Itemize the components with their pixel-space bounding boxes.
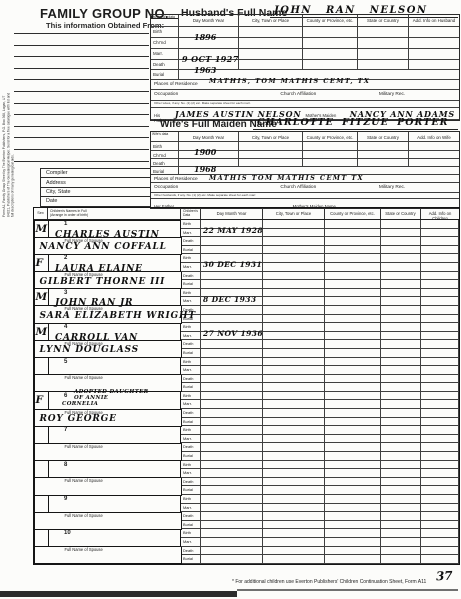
empty-cell <box>381 358 421 367</box>
husband-death-date-cell: 1963 <box>179 60 239 70</box>
address-label: Address <box>41 178 150 187</box>
source-line <box>14 149 149 150</box>
empty-cell <box>421 297 459 306</box>
empty-cell <box>421 478 459 487</box>
church-affiliation-label: Church Affiliation <box>280 185 316 190</box>
empty-cell <box>201 366 263 375</box>
empty-cell <box>421 340 459 349</box>
state-country-header: State or Country <box>358 132 409 142</box>
empty-cell <box>325 452 381 461</box>
husband-occupation-row: Occupation Church Affiliation Military R… <box>151 90 459 101</box>
death-label: Death <box>181 375 201 384</box>
empty-cell <box>421 495 459 504</box>
empty-cell <box>325 435 381 444</box>
empty-cell <box>421 512 459 521</box>
source-line <box>14 56 149 57</box>
child-spouse-cell: Full Name of Spouse LYNN DOUGLASS <box>34 340 182 358</box>
husband-data-col-header: Husband's data <box>151 15 179 27</box>
empty-cell <box>358 38 409 49</box>
empty-cell <box>381 220 421 229</box>
empty-cell <box>381 521 421 530</box>
children-data-col-header: Children's Data <box>181 208 201 219</box>
empty-cell <box>381 478 421 487</box>
birth-label: Birth <box>181 529 201 538</box>
wife-occupation-row: Occupation Church Affiliation Military R… <box>151 183 459 193</box>
child-row: F 6 ADOPTED DAUGHTER OF ANNIE CORNELIA F… <box>34 392 459 426</box>
empty-cell <box>303 60 358 70</box>
empty-cell <box>179 38 239 49</box>
death-label: Death <box>181 478 201 487</box>
empty-cell <box>263 349 325 358</box>
marr-label: Marr. <box>181 469 201 478</box>
source-line <box>14 68 149 69</box>
empty-cell <box>201 521 263 530</box>
empty-cell <box>263 418 325 427</box>
marr-label: Marr. <box>181 504 201 513</box>
child-row: 10 Full Name of Spouse Birth Marr. Death… <box>34 529 459 563</box>
empty-cell <box>421 280 459 289</box>
city-town-header: City, Town or Place <box>263 208 325 219</box>
empty-cell <box>421 272 459 281</box>
birth-label: Birth <box>181 392 201 401</box>
child-row: F 2 LAURA ELAINE Full Name of Spouse GIL… <box>34 254 459 288</box>
burial-label: Burial <box>181 349 201 358</box>
marr-label: Marr. <box>181 538 201 547</box>
empty-cell <box>325 340 381 349</box>
empty-cell <box>381 383 421 392</box>
military-rec-label: Military Rec. <box>379 185 405 190</box>
source-line <box>14 33 149 34</box>
child-spouse-cell: Full Name of Spouse <box>34 547 182 565</box>
child-row: 7 Full Name of Spouse Birth Marr. Death … <box>34 426 459 460</box>
empty-cell <box>421 263 459 272</box>
empty-cell <box>325 323 381 332</box>
husband-marriage-date-cell: 9 OCT 1927 <box>179 49 239 60</box>
empty-cell <box>303 49 358 60</box>
empty-cell <box>325 392 381 401</box>
birth-label: Birth <box>181 495 201 504</box>
child-name-cell: 2 LAURA ELAINE <box>48 254 181 272</box>
empty-cell <box>358 49 409 60</box>
child-spouse-name: LYNN DOUGLASS <box>40 345 139 355</box>
child-name-lines: ADOPTED DAUGHTER OF ANNIE CORNELIA <box>74 390 149 408</box>
empty-cell <box>421 332 459 341</box>
empty-cell <box>421 547 459 556</box>
child-birth-date-cell <box>201 461 263 470</box>
empty-cell <box>381 349 421 358</box>
wife-name-value: CHARLOTTE FITZUE PORTER <box>257 117 448 128</box>
empty-cell <box>381 512 421 521</box>
empty-cell <box>381 229 421 238</box>
child-sex <box>34 426 49 444</box>
empty-cell <box>201 280 263 289</box>
chrnd-label: Chr'nd <box>151 151 179 159</box>
empty-cell <box>421 538 459 547</box>
empty-cell <box>421 349 459 358</box>
empty-cell <box>421 306 459 315</box>
child-birth-date-cell: 27 NOV 1936 <box>201 323 263 332</box>
occupation-label: Occupation <box>154 185 178 190</box>
source-line <box>14 91 149 92</box>
child-sex <box>34 357 49 375</box>
empty-cell <box>201 435 263 444</box>
child-row: 5 Full Name of Spouse Birth Marr. Death … <box>34 358 459 392</box>
empty-cell <box>381 443 421 452</box>
child-spouse-cell: Full Name of Spouse SARA ELIZABETH WRIGH… <box>34 306 182 324</box>
scan-edge-line <box>237 589 458 591</box>
empty-cell <box>325 315 381 324</box>
child-spouse-cell: Full Name of Spouse ROY GEORGE <box>34 409 182 427</box>
children-table-header: Sex Children's Names in Full (Arrange in… <box>34 208 459 220</box>
empty-cell <box>201 538 263 547</box>
empty-cell <box>325 461 381 470</box>
child-birth-date-cell <box>201 529 263 538</box>
child-name-cell: 7 <box>48 426 181 444</box>
empty-cell <box>325 229 381 238</box>
empty-cell <box>421 323 459 332</box>
marr-label: Marr. <box>181 435 201 444</box>
empty-cell <box>239 159 303 167</box>
empty-cell <box>421 289 459 298</box>
child-number: 7 <box>64 427 67 433</box>
other-wives-note: Other wives, if any. No. (1) (2) etc. Ma… <box>151 101 459 108</box>
child-birth-date-cell: 8 DEC 1933 <box>201 289 263 298</box>
empty-cell <box>381 306 421 315</box>
empty-cell <box>303 27 358 38</box>
county-province-header: County or Province, etc. <box>325 208 381 219</box>
spouse-label: Full Name of Spouse <box>65 478 103 483</box>
empty-cell <box>421 409 459 418</box>
birth-label: Birth <box>181 254 201 263</box>
empty-cell <box>381 323 421 332</box>
child-number: 4 <box>64 324 67 330</box>
child-name-cell: 5 <box>48 357 181 375</box>
city-state-label: City, State <box>41 188 150 197</box>
child-number: 8 <box>64 462 67 468</box>
empty-cell <box>381 246 421 255</box>
empty-cell <box>421 220 459 229</box>
add-info-wife-header: Add. Info on Wife <box>409 132 459 142</box>
empty-cell <box>421 486 459 495</box>
empty-cell <box>381 340 421 349</box>
empty-cell <box>201 555 263 564</box>
empty-cell <box>201 340 263 349</box>
child-sex: M <box>34 323 49 341</box>
empty-cell <box>303 142 358 151</box>
empty-cell <box>421 315 459 324</box>
day-month-year-header: Day Month Year <box>179 15 239 27</box>
empty-cell <box>325 332 381 341</box>
death-label: Death <box>181 409 201 418</box>
empty-cell <box>325 418 381 427</box>
child-name-cell: 9 <box>48 495 181 513</box>
children-rows: M 1 CHARLES AUSTIN Full Name of Spouse N… <box>34 220 459 564</box>
marr-label: Marr. <box>181 400 201 409</box>
empty-cell <box>263 383 325 392</box>
child-number: 3 <box>64 290 67 296</box>
empty-cell <box>421 237 459 246</box>
empty-cell <box>381 289 421 298</box>
husband-table: Husband's data Day Month Year City, Town… <box>150 14 460 121</box>
empty-cell <box>201 306 263 315</box>
empty-cell <box>263 529 325 538</box>
empty-cell <box>421 504 459 513</box>
child-birth-date-cell <box>201 495 263 504</box>
empty-cell <box>325 529 381 538</box>
empty-cell <box>201 272 263 281</box>
child-birth-date-cell: 30 DEC 1931 <box>201 254 263 263</box>
empty-cell <box>325 220 381 229</box>
birth-label: Birth <box>151 142 179 151</box>
empty-cell <box>201 409 263 418</box>
birth-label: Birth <box>181 358 201 367</box>
spouse-label: Full Name of Spouse <box>65 547 103 552</box>
empty-cell <box>381 409 421 418</box>
empty-cell <box>358 142 409 151</box>
sex-header: Sex <box>34 208 48 219</box>
empty-cell <box>381 237 421 246</box>
marr-label: Marr. <box>181 366 201 375</box>
empty-cell <box>263 323 325 332</box>
empty-cell <box>263 392 325 401</box>
empty-cell <box>325 495 381 504</box>
empty-cell <box>201 297 263 306</box>
child-spouse-name: GILBERT THORNE III <box>40 277 166 287</box>
birth-label: Birth <box>181 289 201 298</box>
add-info-children-header: Add. Info on Children <box>421 208 459 219</box>
death-label: Death <box>181 443 201 452</box>
occupation-label: Occupation <box>154 92 178 97</box>
empty-cell <box>263 332 325 341</box>
empty-cell <box>263 521 325 530</box>
empty-cell <box>263 366 325 375</box>
child-number: 9 <box>64 496 67 502</box>
empty-cell <box>409 142 459 151</box>
empty-cell <box>325 297 381 306</box>
empty-cell <box>239 49 303 60</box>
empty-cell <box>263 375 325 384</box>
birth-label: Birth <box>181 220 201 229</box>
city-town-header: City, Town or Place <box>239 15 303 27</box>
empty-cell <box>239 142 303 151</box>
empty-cell <box>381 315 421 324</box>
child-row: M 4 CARROLL VAN Full Name of Spouse LYNN… <box>34 323 459 357</box>
empty-cell <box>201 443 263 452</box>
empty-cell <box>358 159 409 167</box>
empty-cell <box>381 297 421 306</box>
birth-label: Birth <box>151 27 179 38</box>
empty-cell <box>201 246 263 255</box>
empty-cell <box>325 409 381 418</box>
child-spouse-cell: Full Name of Spouse <box>34 512 182 530</box>
empty-cell <box>263 315 325 324</box>
husband-birth-date-cell: 1896 <box>179 27 239 38</box>
empty-cell <box>421 521 459 530</box>
empty-cell <box>421 452 459 461</box>
marr-label: Marr. <box>181 263 201 272</box>
empty-cell <box>381 332 421 341</box>
source-line <box>14 79 149 80</box>
child-sex <box>34 495 49 513</box>
empty-cell <box>201 237 263 246</box>
empty-cell <box>201 478 263 487</box>
empty-cell <box>421 426 459 435</box>
empty-cell <box>325 263 381 272</box>
empty-cell <box>381 418 421 427</box>
child-name-cell: 8 <box>48 460 181 478</box>
empty-cell <box>239 38 303 49</box>
empty-cell <box>421 375 459 384</box>
child-spouse-name: NANCY ANN COFFALL <box>40 242 167 252</box>
children-names-header-line2: (Arrange in order of birth) <box>50 213 180 217</box>
empty-cell <box>263 443 325 452</box>
empty-cell <box>381 538 421 547</box>
child-number: 5 <box>64 359 67 365</box>
empty-cell <box>263 254 325 263</box>
empty-cell <box>381 469 421 478</box>
empty-cell <box>381 272 421 281</box>
child-row: M 1 CHARLES AUSTIN Full Name of Spouse N… <box>34 220 459 254</box>
empty-cell <box>381 461 421 470</box>
empty-cell <box>381 426 421 435</box>
empty-cell <box>421 246 459 255</box>
death-label: Death <box>181 547 201 556</box>
wife-places-of-residence: Places of Residence <box>151 175 459 183</box>
empty-cell <box>201 375 263 384</box>
empty-cell <box>263 547 325 556</box>
empty-cell <box>325 538 381 547</box>
child-sex: M <box>34 220 49 238</box>
marr-label: Marr. <box>181 332 201 341</box>
state-country-header: State or Country <box>381 208 421 219</box>
death-label: Death <box>181 237 201 246</box>
scan-edge-bar <box>0 591 237 597</box>
empty-cell <box>325 426 381 435</box>
family-group-sheet: FAMILY GROUP NO. This information Obtain… <box>0 0 461 599</box>
child-name-cell: 10 <box>48 529 181 547</box>
burial-label: Burial <box>181 521 201 530</box>
child-sex <box>34 460 49 478</box>
empty-cell <box>381 486 421 495</box>
publisher-side-note: Form A1, Family Group Sheet by The Evert… <box>2 92 15 217</box>
empty-cell <box>263 237 325 246</box>
burial-label: Burial <box>181 555 201 564</box>
empty-cell <box>201 469 263 478</box>
day-month-year-header: Day Month Year <box>179 132 239 142</box>
birth-label: Birth <box>181 323 201 332</box>
spouse-label: Full Name of Spouse <box>65 444 103 449</box>
empty-cell <box>421 435 459 444</box>
husband-places-of-residence: Places of Residence <box>151 80 459 90</box>
empty-cell <box>421 461 459 470</box>
child-birth-date-cell: 22 MAY 1928 <box>201 220 263 229</box>
child-name-cell: 1 CHARLES AUSTIN <box>48 220 181 238</box>
child-name-cell: 3 JOHN RAN JR <box>48 288 181 306</box>
empty-cell <box>325 512 381 521</box>
empty-cell <box>358 151 409 159</box>
child-sex: M <box>34 288 49 306</box>
empty-cell <box>263 263 325 272</box>
spouse-label: Full Name of Spouse <box>65 375 103 380</box>
empty-cell <box>325 254 381 263</box>
footer-note: * For additional children use Everton Pu… <box>232 579 426 585</box>
child-row: M 3 JOHN RAN JR Full Name of Spouse SARA… <box>34 289 459 323</box>
empty-cell <box>263 297 325 306</box>
empty-cell <box>325 383 381 392</box>
birth-label: Birth <box>181 426 201 435</box>
empty-cell <box>263 358 325 367</box>
empty-cell <box>421 392 459 401</box>
empty-cell <box>325 349 381 358</box>
child-sex: F <box>34 391 49 409</box>
empty-cell <box>263 340 325 349</box>
empty-cell <box>263 435 325 444</box>
empty-cell <box>201 332 263 341</box>
empty-cell <box>381 547 421 556</box>
empty-cell <box>325 280 381 289</box>
source-line <box>14 137 149 138</box>
empty-cell <box>381 392 421 401</box>
empty-cell <box>409 159 459 167</box>
state-country-header: State or Country <box>358 15 409 27</box>
empty-cell <box>263 486 325 495</box>
empty-cell <box>421 555 459 564</box>
military-rec-label: Military Rec. <box>379 92 405 97</box>
empty-cell <box>263 246 325 255</box>
day-month-year-header: Day Month Year <box>201 208 263 219</box>
child-spouse-cell: Full Name of Spouse GILBERT THORNE III <box>34 272 182 290</box>
child-number: 1 <box>64 221 67 227</box>
empty-cell <box>263 469 325 478</box>
empty-cell <box>381 375 421 384</box>
empty-cell <box>201 400 263 409</box>
child-birth-date-cell <box>201 358 263 367</box>
empty-cell <box>263 555 325 564</box>
empty-cell <box>409 60 459 70</box>
source-line <box>14 45 149 46</box>
empty-cell <box>421 529 459 538</box>
empty-cell <box>421 229 459 238</box>
empty-cell <box>201 263 263 272</box>
empty-cell <box>409 38 459 49</box>
empty-cell <box>201 504 263 513</box>
child-name-line3: CORNELIA <box>62 402 149 408</box>
empty-cell <box>325 306 381 315</box>
empty-cell <box>201 349 263 358</box>
child-spouse-cell: Full Name of Spouse <box>34 478 182 496</box>
empty-cell <box>201 486 263 495</box>
empty-cell <box>381 495 421 504</box>
death-label: Death <box>181 340 201 349</box>
child-spouse-name: SARA ELIZABETH WRIGHT <box>40 311 196 321</box>
child-name-cell: 6 ADOPTED DAUGHTER OF ANNIE CORNELIA <box>48 391 181 409</box>
empty-cell <box>263 504 325 513</box>
compiler-label: Compiler <box>41 169 150 178</box>
county-province-header: County or Province, etc. <box>303 15 358 27</box>
husband-burial-cell: MATHIS, TOM MATHIS CEMT, TX <box>179 70 459 80</box>
chrnd-label: Chr'nd <box>151 38 179 49</box>
child-sex <box>34 529 49 547</box>
empty-cell <box>421 254 459 263</box>
empty-cell <box>325 504 381 513</box>
burial-label: Burial <box>181 452 201 461</box>
empty-cell <box>303 159 358 167</box>
empty-cell <box>263 512 325 521</box>
empty-cell <box>263 220 325 229</box>
handwritten-page-number: 37 <box>436 569 453 584</box>
empty-cell <box>239 151 303 159</box>
empty-cell <box>381 280 421 289</box>
